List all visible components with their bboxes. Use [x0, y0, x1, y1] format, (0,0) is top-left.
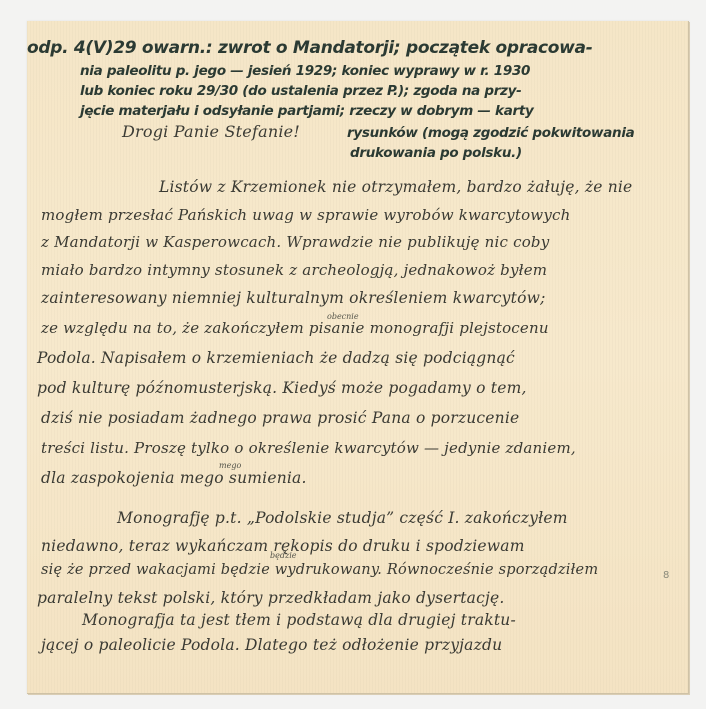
annotation-text: jęcie materjału i odsyłanie partjami; rz… [80, 103, 534, 119]
annotation-line: odp. 4(V)29 owarn.: zwrot o Mandatorji; … [27, 38, 592, 58]
body-line: paralelny tekst polski, który przedkłada… [37, 589, 505, 607]
document-viewer: odp. 4(V)29 owarn.: zwrot o Mandatorji; … [0, 0, 706, 709]
body-line: mogłem przesłać Pańskich uwag w sprawie … [41, 206, 570, 224]
body-line: Listów z Krzemionek nie otrzymałem, bard… [159, 178, 632, 196]
body-line: treści listu. Proszę tylko o określenie … [41, 439, 576, 457]
annotation-text: nia paleolitu p. jego — jesień 1929; kon… [80, 63, 530, 79]
annotation-line: nia paleolitu p. jego — jesień 1929; kon… [80, 63, 530, 79]
body-line: Monografję p.t. „Podolskie studja” część… [117, 509, 568, 527]
body-line: się że przed wakacjami będzie wydrukowan… [41, 562, 598, 578]
interlinear-insertion: będzie [270, 551, 296, 560]
body-line: jącej o paleolicie Podola. Dlatego też o… [41, 636, 502, 654]
body-line: zainteresowany niemniej kulturalnym okre… [41, 289, 546, 307]
body-line: Podola. Napisałem o krzemieniach że dadz… [37, 349, 515, 367]
body-line: dla zaspokojenia mego sumienia. [41, 469, 307, 487]
annotation-text: drukowania po polsku.) [350, 145, 522, 161]
annotation-text: odp. 4(V)29 owarn.: zwrot o Mandatorji; … [27, 38, 592, 58]
letter-page: odp. 4(V)29 owarn.: zwrot o Mandatorji; … [27, 21, 689, 694]
annotation-text: rysunków (mogą zgodzić pokwitowania [347, 125, 634, 141]
annotation-line: jęcie materjału i odsyłanie partjami; rz… [80, 103, 534, 119]
margin-mark: 8 [663, 570, 669, 581]
body-line: ze względu na to, że zakończyłem pisanie… [41, 319, 549, 337]
annotation-text: lub koniec roku 29/30 (do ustalenia prze… [80, 83, 521, 99]
annotation-line: rysunków (mogą zgodzić pokwitowania [347, 125, 634, 141]
body-line: z Mandatorji w Kasperowcach. Wprawdzie n… [41, 233, 549, 251]
annotation-line: lub koniec roku 29/30 (do ustalenia prze… [80, 83, 521, 99]
body-line: dziś nie posiadam żadnego prawa prosić P… [41, 409, 519, 427]
annotation-line: drukowania po polsku.) [350, 145, 522, 161]
body-line: miało bardzo intymny stosunek z archeolo… [41, 261, 547, 279]
salutation: Drogi Panie Stefanie! [122, 122, 300, 141]
body-line: pod kulturę późnomusterjską. Kiedyś może… [37, 379, 527, 397]
body-line: Monografja ta jest tłem i podstawą dla d… [82, 611, 516, 629]
